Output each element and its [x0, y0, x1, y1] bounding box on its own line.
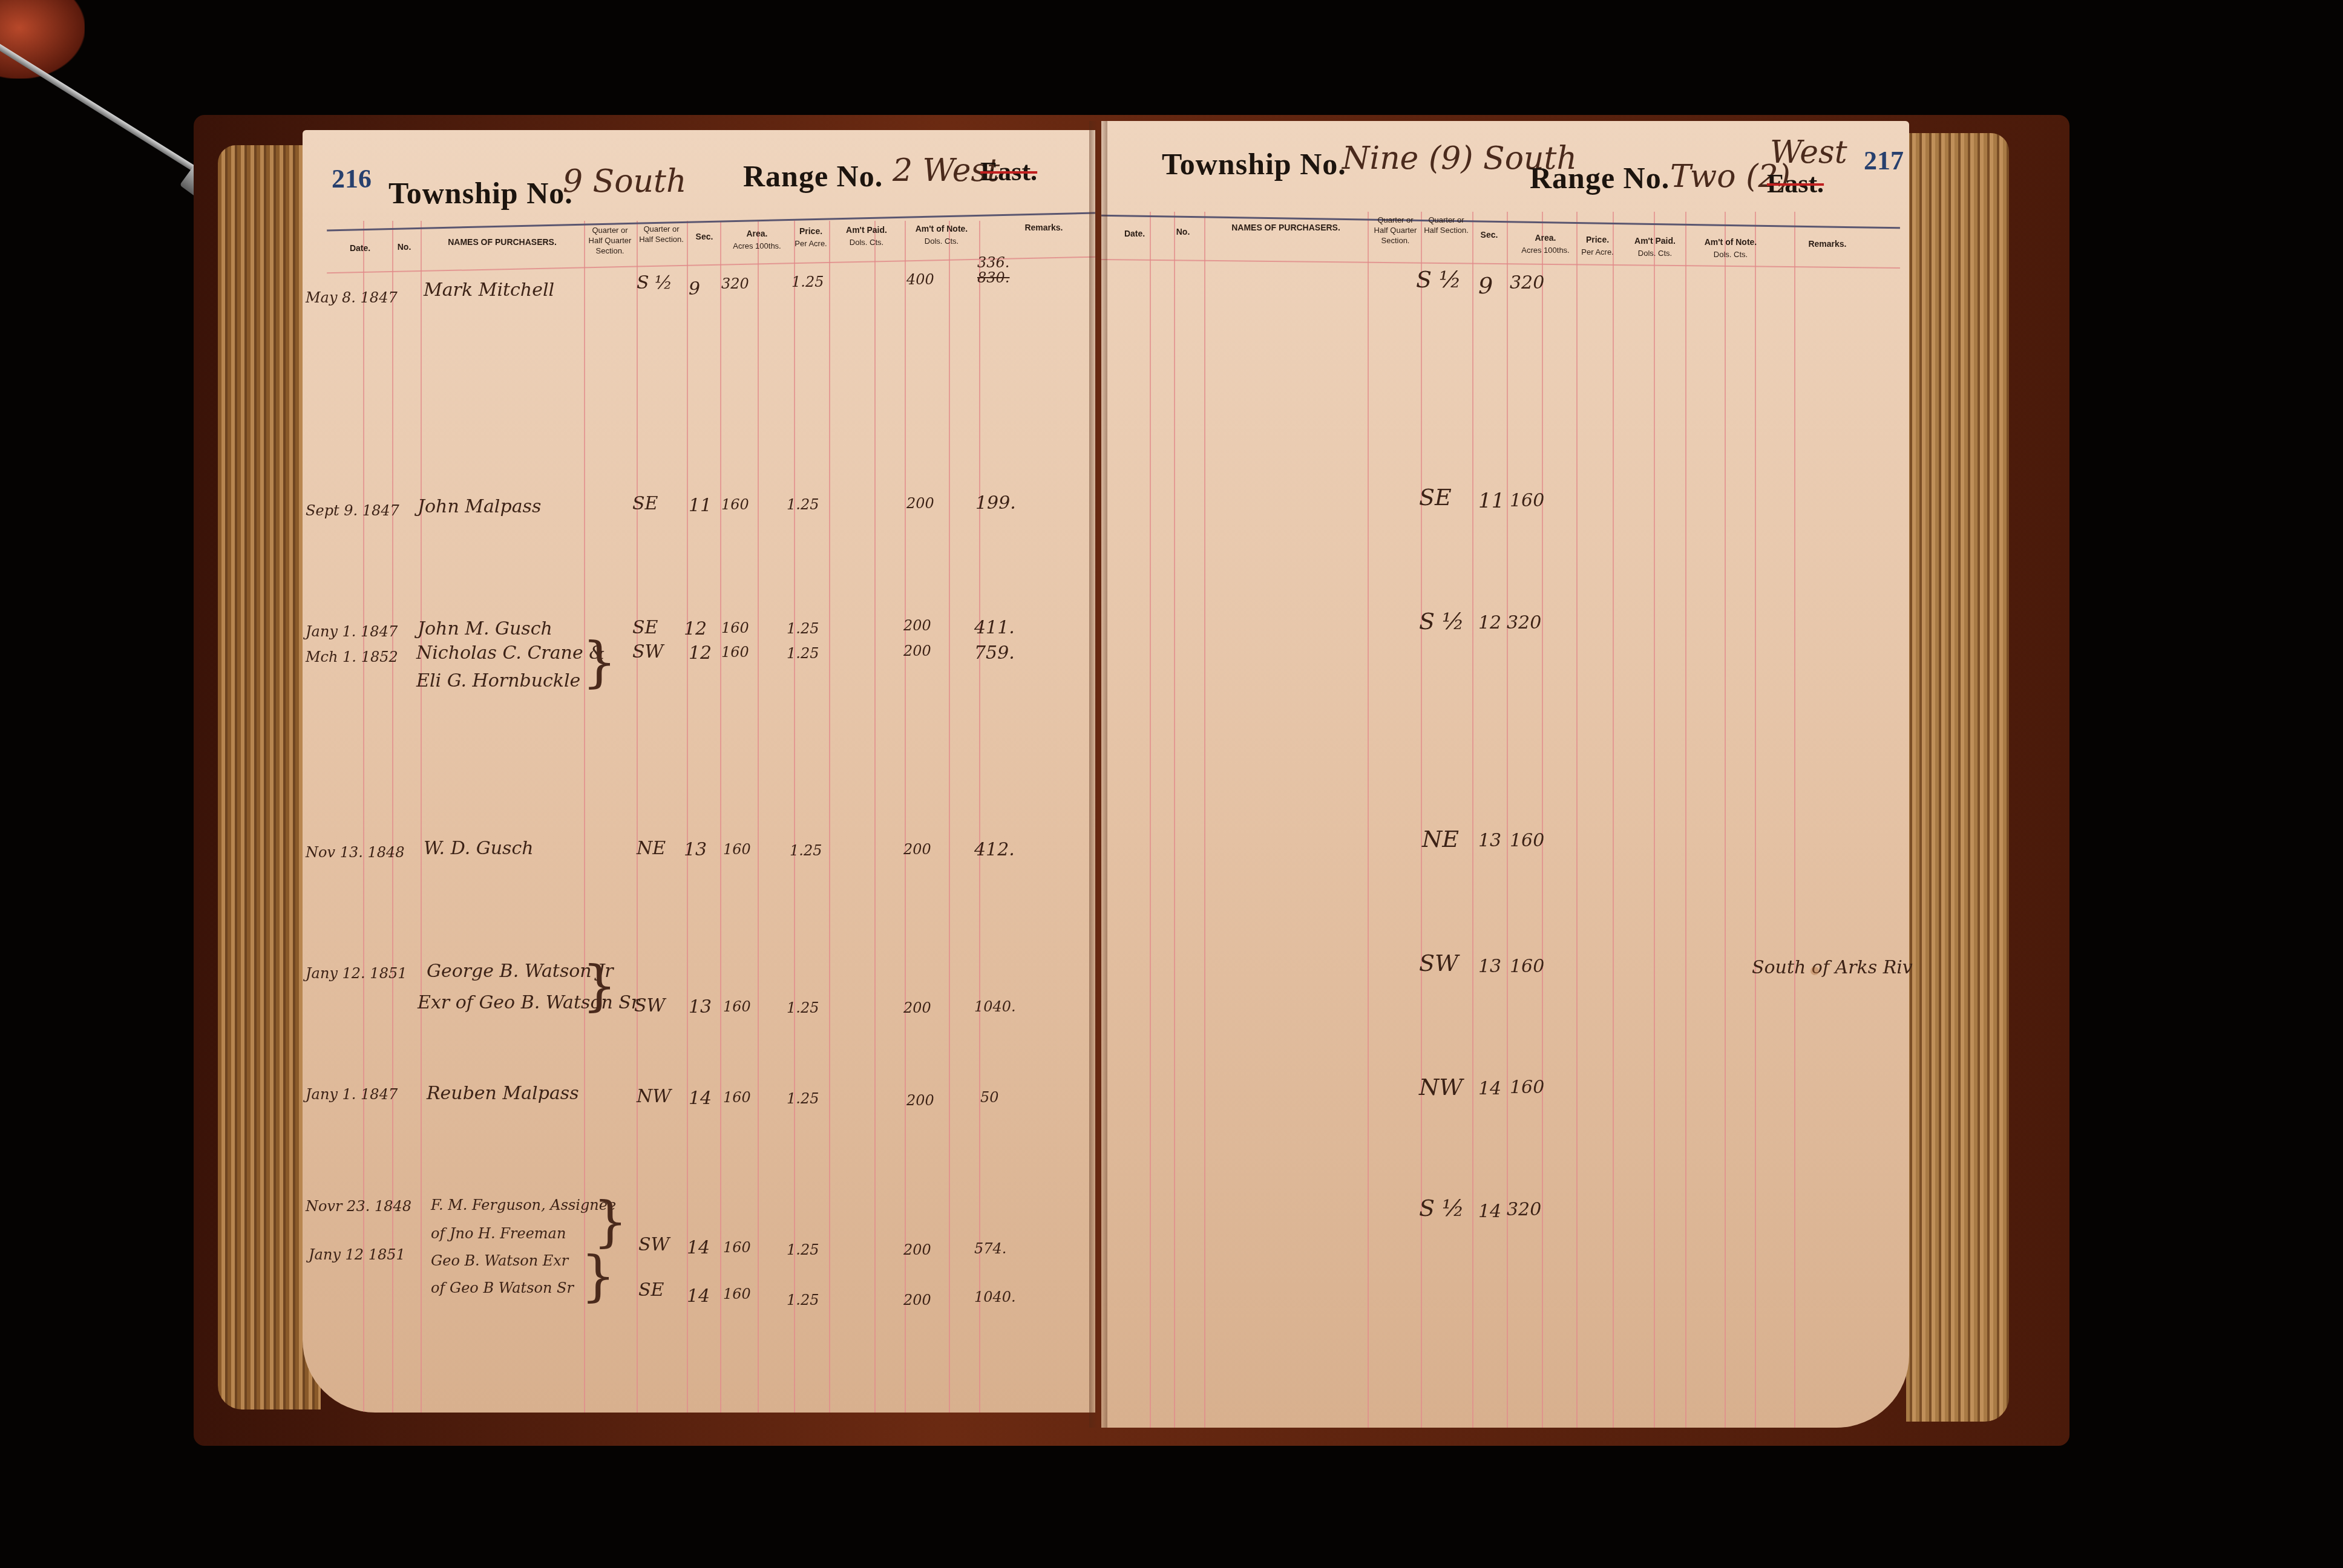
entry-acres: 160 — [723, 1089, 751, 1106]
page-number-left: 216 — [332, 163, 372, 194]
ruling — [421, 221, 422, 1413]
entry-acres: 160 — [721, 496, 749, 513]
entry-acres: 160 — [723, 841, 751, 858]
col-sec: Sec. — [1473, 230, 1505, 240]
col-date: Date. — [1119, 229, 1150, 239]
entry-note: 200 — [906, 1092, 934, 1109]
col-date: Date. — [345, 243, 375, 253]
entry-sec: 13 — [689, 996, 712, 1018]
entry-name-line2: Eli G. Hornbuckle — [416, 670, 580, 691]
entry-acres: 160 — [1510, 490, 1544, 511]
ruling — [794, 221, 795, 1413]
ruling — [687, 221, 688, 1413]
name-brace: } — [581, 1249, 615, 1304]
entry-note: 200 — [903, 617, 931, 634]
entry-acres: 160 — [1510, 830, 1544, 851]
col-amt-paid-sub: Dols. Cts. — [830, 237, 903, 247]
entry-price: 1.25 — [787, 620, 819, 637]
book-gutter — [1089, 121, 1107, 1428]
ruling — [1576, 212, 1578, 1428]
entry-part: NW — [637, 1086, 671, 1107]
entry-part: S ½ — [637, 272, 672, 293]
ruling — [874, 221, 876, 1413]
col-quarter-half-quarter: Quarter or Half Quarter Section. — [585, 225, 635, 256]
entry-acres: 320 — [1510, 272, 1544, 293]
entry-remarks: 411. — [974, 617, 1015, 638]
entry-remarks: 1040. — [974, 998, 1016, 1015]
entry-part: SW — [634, 995, 665, 1016]
ruling — [584, 221, 585, 1413]
entry-price: 1.25 — [787, 1090, 819, 1107]
ruling — [829, 221, 830, 1413]
entry-sec: 14 — [687, 1285, 710, 1307]
right-page — [1101, 121, 1909, 1428]
ruling — [979, 221, 980, 1413]
col-price-sub: Per Acre. — [1579, 247, 1616, 257]
entry-date: Jany 12. 1851 — [306, 965, 407, 982]
col-amt-note: Am't of Note. — [905, 224, 978, 234]
ruling — [1472, 212, 1473, 1428]
entry-date: Mch 1. 1852 — [306, 648, 398, 665]
entry-sec: 9 — [1478, 272, 1493, 299]
entry-sec: 9 — [689, 278, 700, 299]
entry-sec: 13 — [1478, 956, 1501, 977]
col-names: NAMES OF PURCHASERS. — [1207, 223, 1365, 233]
entry-part: SE — [1419, 484, 1452, 511]
entry-note: 200 — [906, 495, 934, 512]
col-remarks: Remarks. — [1004, 223, 1083, 233]
entry-acres: 320 — [1507, 1199, 1541, 1220]
col-area-sub: Acres 100ths. — [1510, 245, 1581, 255]
entry-price: 1.25 — [787, 645, 819, 662]
township-value-left: 9 South — [563, 163, 686, 200]
entry-price: 1.25 — [791, 273, 824, 290]
left-page — [303, 130, 1095, 1413]
col-amt-paid-sub: Dols. Cts. — [1619, 248, 1691, 258]
entry-acres: 160 — [723, 1239, 751, 1256]
entry-acres: 320 — [1507, 612, 1541, 633]
entry-name: Nicholas C. Crane & — [416, 642, 605, 664]
entry-sec: 13 — [1478, 830, 1501, 851]
ruling — [1755, 212, 1756, 1428]
entry-acres: 160 — [1510, 1077, 1544, 1098]
hand-holding-spatula — [0, 0, 85, 79]
entry-part: NW — [1419, 1074, 1463, 1100]
entry-part: NE — [637, 838, 666, 859]
entry-sec: 12 — [689, 642, 712, 664]
entry-sec: 11 — [1478, 489, 1504, 513]
entry-name: Reuben Malpass — [427, 1083, 579, 1104]
entry-sec: 14 — [689, 1088, 712, 1109]
entry-remarks: 574. — [974, 1240, 1006, 1257]
ink-stain — [1810, 967, 1819, 975]
entry-acres: 160 — [723, 998, 751, 1015]
column-header-rule — [1101, 259, 1900, 269]
name-brace: } — [593, 1195, 628, 1249]
entry-sec: 14 — [1478, 1078, 1501, 1099]
col-amt-note-sub: Dols. Cts. — [905, 236, 978, 246]
col-area: Area. — [721, 229, 793, 239]
ruling — [363, 221, 364, 1413]
col-quarter-half: Quarter or Half Section. — [1422, 215, 1470, 235]
ruling — [1654, 212, 1655, 1428]
entry-part: SW — [632, 641, 663, 662]
entry-note: 400 — [906, 271, 934, 288]
entry-sec: 12 — [684, 618, 707, 639]
entry-part: SE — [632, 617, 658, 638]
range-label-left: Range No. — [743, 158, 883, 194]
entry-date: Nov 13. 1848 — [306, 844, 405, 861]
direction-struck-right: East. — [1767, 168, 1824, 199]
entry-part: SE — [638, 1279, 664, 1301]
col-amt-note-sub: Dols. Cts. — [1694, 249, 1767, 260]
ruling — [1204, 212, 1205, 1428]
ruling — [758, 221, 759, 1413]
ruling — [1685, 212, 1686, 1428]
direction-struck-left: East. — [980, 156, 1037, 187]
ruling — [720, 221, 721, 1413]
entry-sec: 11 — [689, 495, 712, 516]
entry-note: 200 — [903, 1292, 931, 1308]
col-amt-paid: Am't Paid. — [830, 225, 903, 235]
entry-name: W. D. Gusch — [424, 838, 534, 859]
entry-date: Jany 12 1851 — [309, 1246, 405, 1263]
ruling — [1174, 212, 1175, 1428]
entry-name-line2: of Geo B Watson Sr — [431, 1279, 574, 1296]
col-names: NAMES OF PURCHASERS. — [424, 237, 581, 247]
entry-remarks: South of Arks Riv — [1752, 957, 1913, 978]
ruling — [1421, 212, 1422, 1428]
entry-part: NE — [1422, 826, 1459, 852]
entry-sec: 13 — [684, 839, 707, 860]
col-amt-note: Am't of Note. — [1694, 237, 1767, 247]
col-price: Price. — [1579, 235, 1616, 245]
entry-date: Jany 1. 1847 — [306, 623, 398, 640]
entry-name: F. M. Ferguson, Assignee — [431, 1197, 616, 1214]
entry-acres: 320 — [721, 275, 749, 292]
entry-sec: 14 — [687, 1237, 710, 1258]
entry-price: 1.25 — [787, 1292, 819, 1308]
entry-date: Jany 1. 1847 — [306, 1086, 398, 1103]
entry-remarks: 199. — [975, 492, 1016, 514]
name-brace: } — [582, 635, 617, 690]
col-price: Price. — [794, 226, 828, 237]
ruling — [1794, 212, 1795, 1428]
entry-name: Geo B. Watson Exr — [431, 1252, 568, 1269]
entry-note: 200 — [903, 1241, 931, 1258]
entry-acres: 160 — [721, 619, 749, 636]
col-quarter-half: Quarter or Half Section. — [637, 224, 686, 244]
entry-name-line2: of Jno H. Freeman — [431, 1225, 566, 1242]
entry-part: SE — [632, 493, 658, 514]
entry-date: May 8. 1847 — [306, 289, 398, 306]
entry-part: S ½ — [1419, 1195, 1464, 1221]
col-area: Area. — [1510, 233, 1581, 243]
entry-remarks: 50 — [980, 1089, 999, 1106]
ruling — [392, 221, 393, 1413]
ruling — [905, 221, 906, 1413]
ruling — [1150, 212, 1151, 1428]
entry-note: 200 — [903, 841, 931, 858]
entry-acres: 160 — [721, 644, 749, 661]
entry-date: Novr 23. 1848 — [306, 1198, 411, 1215]
ruling — [949, 221, 950, 1413]
ruling — [1368, 212, 1369, 1428]
township-label-left: Township No. — [388, 175, 573, 211]
page-number-right: 217 — [1864, 145, 1904, 176]
entry-date: Sept 9. 1847 — [306, 502, 399, 519]
ruling — [1613, 212, 1614, 1428]
col-sec: Sec. — [689, 232, 720, 242]
entry-part: S ½ — [1419, 608, 1464, 635]
entry-remarks: 759. — [974, 642, 1015, 664]
entry-sec: 14 — [1478, 1201, 1501, 1222]
ruling — [1507, 212, 1508, 1428]
right-page-stack — [1906, 133, 2009, 1422]
entry-sec: 12 — [1478, 612, 1501, 633]
ruling — [1542, 212, 1543, 1428]
entry-remarks: 412. — [974, 839, 1015, 860]
entry-acres: 160 — [723, 1285, 751, 1302]
col-quarter-half-quarter: Quarter or Half Quarter Section. — [1371, 215, 1420, 246]
entry-price: 1.25 — [787, 496, 819, 513]
name-brace: } — [582, 959, 617, 1013]
col-amt-paid: Am't Paid. — [1619, 236, 1691, 246]
col-no: No. — [392, 242, 416, 252]
entry-part: SW — [1419, 950, 1458, 976]
ruling — [637, 221, 638, 1413]
direction-written-right: West — [1770, 134, 1847, 171]
entry-acres: 160 — [1510, 956, 1544, 977]
entry-price: 1.25 — [787, 1241, 819, 1258]
col-price-sub: Per Acre. — [794, 238, 828, 249]
col-remarks: Remarks. — [1773, 239, 1882, 249]
township-label-right: Township No. — [1162, 146, 1346, 181]
range-label-right: Range No. — [1530, 160, 1670, 195]
entry-note: 200 — [903, 999, 931, 1016]
entry-price: 1.25 — [787, 999, 819, 1016]
entry-name: John M. Gusch — [418, 618, 552, 639]
entry-part: S ½ — [1416, 266, 1461, 293]
entry-remarks: 1040. — [974, 1289, 1016, 1305]
entry-remarks: 336. — [977, 254, 1009, 271]
entry-name: John Malpass — [418, 496, 541, 517]
ruling — [1725, 212, 1726, 1428]
entry-note: 200 — [903, 642, 931, 659]
col-area-sub: Acres 100ths. — [721, 241, 793, 251]
entry-part: SW — [638, 1234, 669, 1255]
entry-price: 1.25 — [790, 842, 822, 859]
col-no: No. — [1171, 227, 1195, 237]
entry-name: Mark Mitchell — [424, 279, 554, 301]
entry-remarks-struck: 830. — [977, 269, 1009, 286]
